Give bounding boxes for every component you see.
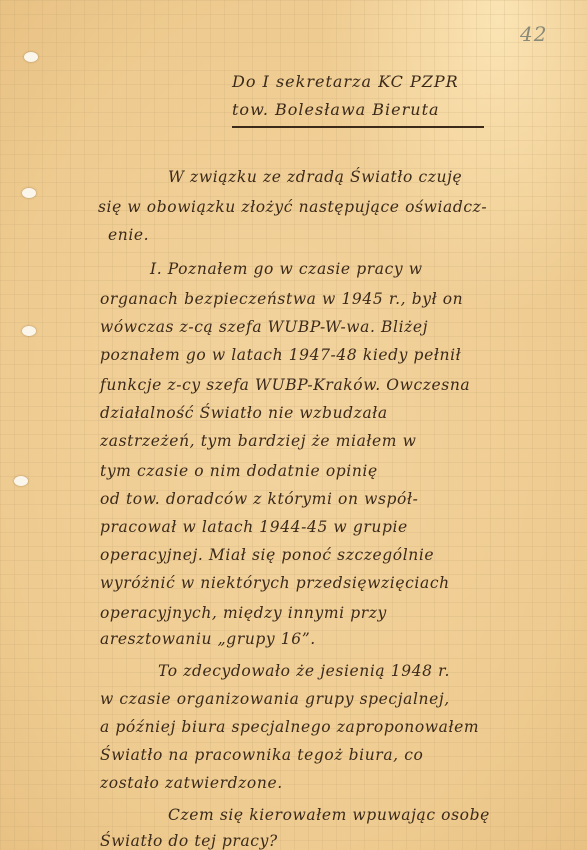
body-line: enie.	[108, 226, 149, 244]
punch-hole	[24, 52, 38, 62]
punch-hole	[22, 188, 36, 198]
body-line: w czasie organizowania grupy specjalnej,	[100, 690, 450, 708]
body-line: poznałem go w latach 1947-48 kiedy pełni…	[100, 346, 461, 364]
body-line: wówczas z-cą szefa WUBP-W-wa. Bliżej	[100, 318, 428, 336]
body-line: organach bezpieczeństwa w 1945 r., był o…	[100, 290, 463, 308]
body-line: operacyjnej. Miał się ponoć szczególnie	[100, 546, 434, 564]
scanned-letter-page: 42 Do I sekretarza KC PZPR tow. Bolesław…	[0, 0, 587, 850]
body-line: wyróżnić w niektórych przedsięwzięciach	[100, 574, 450, 592]
body-line: od tow. doradców z którymi on współ-	[100, 490, 418, 508]
body-line: tym czasie o nim dodatnie opinię	[100, 462, 378, 480]
body-line: zostało zatwierdzone.	[100, 774, 283, 792]
body-line: pracował w latach 1944-45 w grupie	[100, 518, 408, 536]
body-line: W związku ze zdradą Światło czuję	[168, 168, 462, 186]
punch-hole	[14, 476, 28, 486]
body-line: funkcje z-cy szefa WUBP-Kraków. Owczesna	[100, 376, 470, 394]
body-line: a później biura specjalnego zaproponował…	[100, 718, 479, 736]
folio-number: 42	[520, 22, 547, 46]
body-line: To zdecydowało że jesienią 1948 r.	[158, 662, 450, 680]
body-line: operacyjnych, między innymi przy	[100, 604, 387, 622]
address-line-2: tow. Bolesława Bieruta	[232, 100, 440, 119]
body-line: Czem się kierowałem wpuwając osobę	[168, 806, 490, 824]
body-line: działalność Światło nie wzbudzała	[100, 404, 388, 422]
body-line: aresztowaniu „grupy 16”.	[100, 630, 316, 648]
punch-hole	[22, 326, 36, 336]
body-line: I. Poznałem go w czasie pracy w	[150, 260, 423, 278]
address-line-1: Do I sekretarza KC PZPR	[232, 72, 459, 91]
body-line: Światło do tej pracy?	[100, 832, 278, 850]
address-underline	[232, 126, 484, 128]
body-line: zastrzeżeń, tym bardziej że miałem w	[100, 432, 417, 450]
body-line: Światło na pracownika tegoż biura, co	[100, 746, 423, 764]
body-line: się w obowiązku złożyć następujące oświa…	[98, 198, 487, 216]
